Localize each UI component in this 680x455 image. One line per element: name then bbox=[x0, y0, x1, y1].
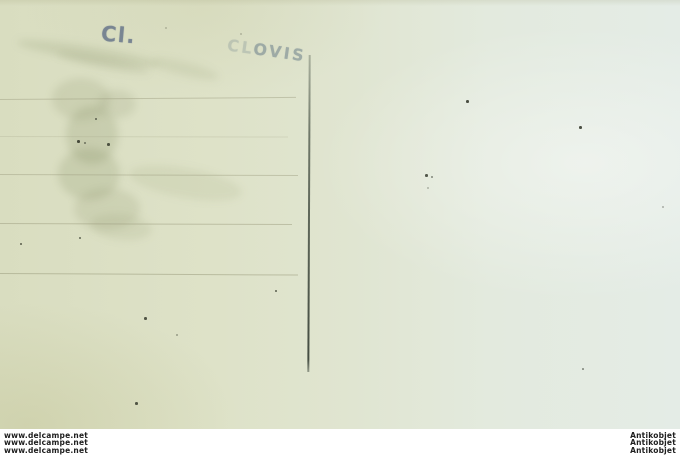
postcard-back-paper: Cl. CLOVIS bbox=[0, 0, 680, 429]
smudge-blob bbox=[149, 54, 220, 85]
dirt-speck bbox=[95, 118, 97, 120]
address-line bbox=[0, 136, 288, 138]
dirt-speck bbox=[84, 142, 86, 144]
dirt-speck bbox=[431, 176, 433, 178]
dirt-speck bbox=[582, 368, 584, 370]
dirt-speck bbox=[79, 237, 81, 239]
postcard-back-scan: Cl. CLOVIS www.delcampe.net www.delcampe… bbox=[0, 0, 680, 455]
dirt-speck bbox=[425, 174, 428, 177]
dirt-speck bbox=[176, 334, 178, 336]
publisher-initials-stamp: Cl. bbox=[100, 22, 137, 49]
dirt-speck bbox=[20, 243, 22, 245]
smudge-blob bbox=[126, 158, 244, 208]
delcampe-watermark-line: www.delcampe.net bbox=[4, 447, 88, 454]
dirt-speck bbox=[662, 206, 664, 208]
address-line bbox=[0, 97, 296, 100]
dirt-speck bbox=[107, 143, 110, 146]
address-line bbox=[0, 273, 298, 276]
center-divider-line bbox=[307, 55, 310, 372]
clovis-stamp: CLOVIS bbox=[226, 36, 307, 66]
antikobjet-watermark: Antikobjet Antikobjet Antikobjet bbox=[630, 432, 676, 454]
clovis-stamp-faded-part: CL bbox=[226, 36, 255, 58]
dirt-speck bbox=[466, 100, 469, 103]
dirt-speck bbox=[427, 187, 429, 189]
dirt-speck bbox=[144, 317, 147, 320]
dirt-speck bbox=[77, 140, 80, 143]
dirt-speck bbox=[240, 33, 242, 35]
dirt-speck bbox=[579, 126, 582, 129]
clovis-stamp-clear-part: OVIS bbox=[252, 39, 307, 65]
delcampe-watermark: www.delcampe.net www.delcampe.net www.de… bbox=[4, 432, 88, 454]
dirt-speck bbox=[165, 27, 167, 29]
dirt-speck bbox=[275, 290, 277, 292]
smudge-blob bbox=[89, 211, 153, 243]
antikobjet-watermark-line: Antikobjet bbox=[630, 447, 676, 454]
dirt-speck bbox=[135, 402, 138, 405]
watermark-bar: www.delcampe.net www.delcampe.net www.de… bbox=[0, 429, 680, 455]
